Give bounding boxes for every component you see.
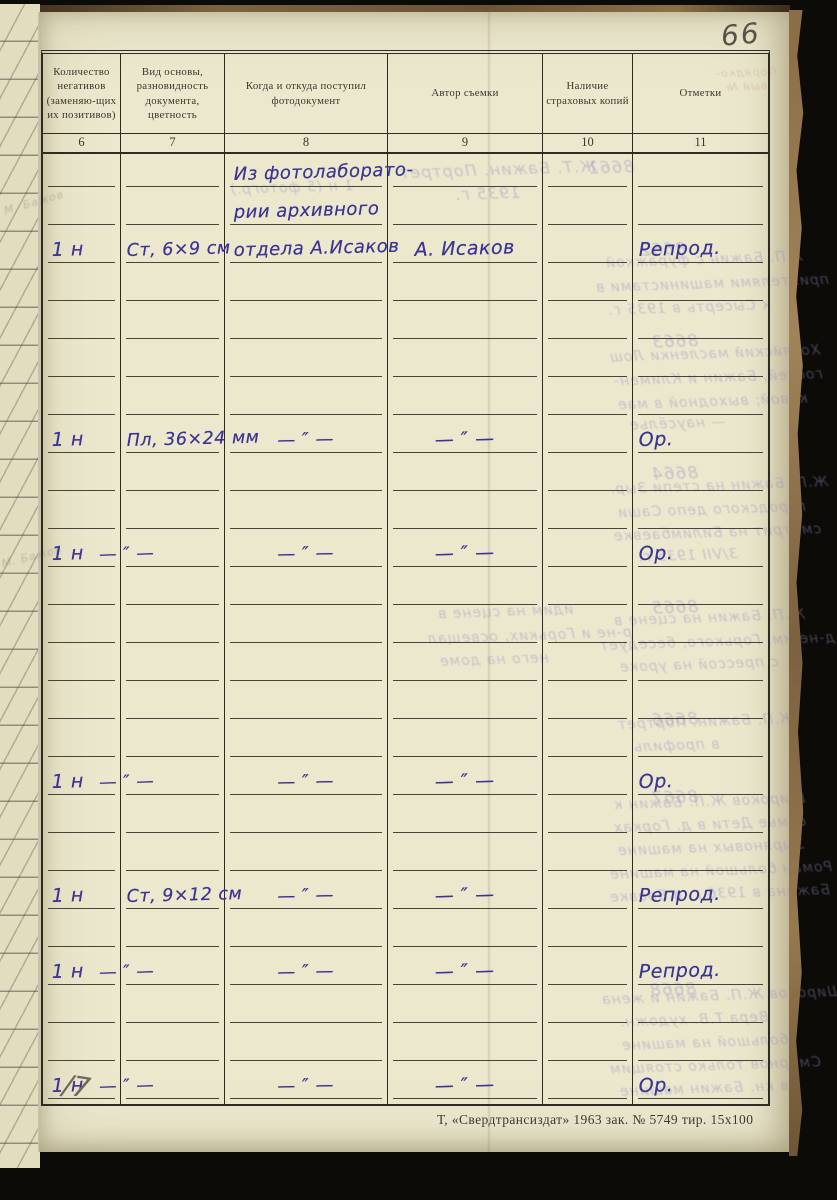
table-cell bbox=[543, 952, 633, 990]
handwritten-entry: Ор. bbox=[638, 428, 673, 451]
table-row: 1 н— ″ —— ″ —— ″ —Репрод. bbox=[43, 952, 768, 990]
pencil-mark: /7 bbox=[61, 1068, 93, 1105]
handwritten-entry: — ″ — bbox=[99, 772, 155, 793]
table-cell: Ст, 6×9 см bbox=[121, 230, 225, 268]
table-cell bbox=[43, 382, 121, 420]
table-cell bbox=[388, 838, 543, 876]
table-cell bbox=[388, 458, 543, 496]
handwritten-entry: Репрод. bbox=[638, 959, 720, 983]
table-cell bbox=[225, 838, 388, 876]
table-row bbox=[43, 572, 768, 610]
table-cell bbox=[121, 686, 225, 724]
handwritten-entry: А. Исаков bbox=[414, 236, 515, 261]
column-title: Вид основы, разновидность документа, цве… bbox=[121, 54, 224, 133]
handwritten-entry: Ст, 6×9 см bbox=[126, 238, 230, 261]
table-cell bbox=[43, 344, 121, 382]
table-cell: — ″ — bbox=[388, 876, 543, 914]
table-cell bbox=[543, 192, 633, 230]
table-row bbox=[43, 610, 768, 648]
table-cell: — ″ — bbox=[121, 534, 225, 572]
column-header-11: Отметки 11 bbox=[633, 54, 768, 152]
table-cell: — ″ — bbox=[388, 762, 543, 800]
table-cell bbox=[43, 192, 121, 230]
table-cell bbox=[43, 648, 121, 686]
handwritten-entry: 1 н bbox=[51, 428, 84, 451]
table-cell: Репрод. bbox=[633, 952, 768, 990]
column-title: Наличие страховых копий bbox=[543, 54, 632, 133]
table-cell bbox=[225, 572, 388, 610]
table-cell bbox=[43, 686, 121, 724]
table-row bbox=[43, 990, 768, 1028]
column-header-9: Автор съемки 9 bbox=[388, 54, 543, 152]
table-cell bbox=[543, 914, 633, 952]
table-cell bbox=[121, 344, 225, 382]
handwritten-entry: — ″ — bbox=[435, 959, 495, 983]
table-cell bbox=[388, 496, 543, 534]
column-title: Количество негативов (заменяю-щих их поз… bbox=[43, 54, 120, 133]
table-cell bbox=[121, 268, 225, 306]
table-cell: — ″ — bbox=[225, 762, 388, 800]
table-cell bbox=[633, 838, 768, 876]
table-cell bbox=[43, 990, 121, 1028]
table-cell bbox=[633, 268, 768, 306]
handwritten-entry: 1 н bbox=[51, 960, 84, 983]
table-cell bbox=[43, 800, 121, 838]
table-cell bbox=[388, 192, 543, 230]
table-cell bbox=[543, 990, 633, 1028]
table-cell bbox=[388, 724, 543, 762]
table-cell: 1 н bbox=[43, 230, 121, 268]
table-cell bbox=[225, 458, 388, 496]
table-cell bbox=[121, 192, 225, 230]
table-cell: — ″ — bbox=[225, 952, 388, 990]
table-cell bbox=[543, 876, 633, 914]
handwritten-entry: — ″ — bbox=[99, 962, 155, 983]
table-cell bbox=[543, 458, 633, 496]
table-cell bbox=[633, 990, 768, 1028]
table-cell bbox=[543, 306, 633, 344]
table-cell: Ор. bbox=[633, 534, 768, 572]
table-cell bbox=[633, 914, 768, 952]
table-cell bbox=[633, 648, 768, 686]
table-cell bbox=[43, 838, 121, 876]
table-cell bbox=[121, 458, 225, 496]
table-cell bbox=[388, 154, 543, 192]
handwritten-entry: 1 н bbox=[51, 542, 84, 565]
handwritten-entry: — ″ — bbox=[435, 769, 495, 793]
handwritten-entry: Ор. bbox=[638, 770, 673, 793]
table-cell bbox=[543, 230, 633, 268]
table-cell: Ст, 9×12 см bbox=[121, 876, 225, 914]
table-cell: отдела А.Исаков bbox=[225, 230, 388, 268]
table-row: 1 н— ″ —— ″ —— ″ —Ор. bbox=[43, 534, 768, 572]
table-cell bbox=[543, 268, 633, 306]
table-cell bbox=[543, 800, 633, 838]
table-cell bbox=[543, 1066, 633, 1104]
table-cell bbox=[43, 1028, 121, 1066]
table-cell bbox=[43, 914, 121, 952]
table-cell bbox=[633, 1028, 768, 1066]
handwritten-entry: Ор. bbox=[638, 1074, 673, 1097]
table-header-row: Количество негативов (заменяю-щих их поз… bbox=[41, 50, 770, 152]
table-row bbox=[43, 496, 768, 534]
table-cell bbox=[543, 154, 633, 192]
table-cell: рии архивного bbox=[225, 192, 388, 230]
column-number: 6 bbox=[43, 133, 120, 152]
handwritten-entry: Репрод. bbox=[638, 883, 720, 907]
handwritten-entry: — ″ — bbox=[277, 885, 334, 907]
photographed-archive-page: Ж.Т. Бажин. Портрет1935 г.86611 н (5 фот… bbox=[0, 0, 837, 1200]
table-cell bbox=[388, 1028, 543, 1066]
table-cell bbox=[388, 990, 543, 1028]
table-cell bbox=[388, 572, 543, 610]
table-row: 1 нСт, 9×12 см— ″ —— ″ —Репрод. bbox=[43, 876, 768, 914]
table-cell bbox=[543, 724, 633, 762]
table-cell: Из фотолаборато- bbox=[225, 154, 388, 192]
page-number: 66 bbox=[720, 16, 762, 52]
table-cell bbox=[121, 382, 225, 420]
table-cell: — ″ — bbox=[388, 1066, 543, 1104]
table-cell bbox=[225, 914, 388, 952]
table-cell: Репрод. bbox=[633, 876, 768, 914]
table-cell bbox=[121, 990, 225, 1028]
table-cell bbox=[225, 686, 388, 724]
table-row bbox=[43, 800, 768, 838]
handwritten-entry: — ″ — bbox=[435, 883, 495, 907]
handwritten-entry: — ″ — bbox=[277, 771, 334, 793]
handwritten-entry: рии архивного bbox=[233, 198, 379, 223]
table-row bbox=[43, 268, 768, 306]
table-row: рии архивного bbox=[43, 192, 768, 230]
table-cell bbox=[43, 496, 121, 534]
table-cell bbox=[225, 648, 388, 686]
column-number: 11 bbox=[633, 133, 768, 152]
table-cell bbox=[121, 572, 225, 610]
handwritten-entry: — ″ — bbox=[277, 1075, 334, 1097]
column-number: 8 bbox=[225, 133, 387, 152]
handwritten-entry: — ″ — bbox=[435, 427, 495, 451]
table-cell bbox=[121, 800, 225, 838]
table-cell bbox=[388, 306, 543, 344]
column-header-7: Вид основы, разновидность документа, цве… bbox=[121, 54, 225, 152]
table-row: 1 нПл, 36×24 мм— ″ —— ″ —Ор. bbox=[43, 420, 768, 458]
table-cell: — ″ — bbox=[121, 952, 225, 990]
table-cell bbox=[43, 268, 121, 306]
table-cell bbox=[43, 610, 121, 648]
table-cell bbox=[43, 458, 121, 496]
table-cell bbox=[633, 382, 768, 420]
table-row: 1 н— ″ —— ″ —— ″ —Ор. bbox=[43, 762, 768, 800]
table-cell bbox=[633, 344, 768, 382]
table-cell: 1 н bbox=[43, 420, 121, 458]
table-cell bbox=[121, 838, 225, 876]
table-cell: — ″ — bbox=[225, 534, 388, 572]
table-cell bbox=[121, 724, 225, 762]
table-cell bbox=[543, 344, 633, 382]
column-number: 7 bbox=[121, 133, 224, 152]
table-cell bbox=[121, 306, 225, 344]
table-cell bbox=[543, 534, 633, 572]
table-row bbox=[43, 648, 768, 686]
table-row: 1 н— ″ —— ″ —— ″ —Ор. bbox=[43, 1066, 768, 1104]
table-cell bbox=[43, 724, 121, 762]
table-cell bbox=[633, 800, 768, 838]
table-row bbox=[43, 382, 768, 420]
table-row bbox=[43, 724, 768, 762]
table-cell: — ″ — bbox=[388, 952, 543, 990]
table-cell bbox=[633, 610, 768, 648]
table-cell bbox=[543, 382, 633, 420]
column-header-6: Количество негативов (заменяю-щих их поз… bbox=[43, 54, 121, 152]
column-number: 10 bbox=[543, 133, 632, 152]
handwritten-entry: — ″ — bbox=[99, 1076, 155, 1097]
table-cell bbox=[633, 306, 768, 344]
table-cell: — ″ — bbox=[225, 1066, 388, 1104]
table-row bbox=[43, 306, 768, 344]
table-row bbox=[43, 914, 768, 952]
handwritten-entry: — ″ — bbox=[99, 544, 155, 565]
handwritten-entry: 1 н bbox=[51, 238, 84, 261]
table-cell bbox=[388, 914, 543, 952]
table-cell bbox=[225, 800, 388, 838]
handwritten-entry: Ор. bbox=[638, 542, 673, 565]
table-cell bbox=[388, 648, 543, 686]
table-row: Из фотолаборато- bbox=[43, 154, 768, 192]
printer-imprint: Т, «Свердтрансиздат» 1963 зак. № 5749 ти… bbox=[437, 1112, 753, 1128]
table-cell bbox=[543, 610, 633, 648]
handwritten-entry: 1 н bbox=[51, 770, 84, 793]
table-cell bbox=[633, 572, 768, 610]
table-cell bbox=[225, 1028, 388, 1066]
table-cell bbox=[225, 496, 388, 534]
table-cell bbox=[121, 496, 225, 534]
table-cell bbox=[121, 914, 225, 952]
table-cell: Ор. bbox=[633, 420, 768, 458]
underlying-page-edge bbox=[0, 4, 40, 1168]
table-cell: Ор. bbox=[633, 1066, 768, 1104]
table-cell bbox=[121, 610, 225, 648]
table-cell: — ″ — bbox=[121, 1066, 225, 1104]
table-cell bbox=[388, 382, 543, 420]
handwritten-entry: — ″ — bbox=[277, 429, 334, 451]
table-cell: А. Исаков bbox=[388, 230, 543, 268]
table-cell bbox=[43, 306, 121, 344]
table-cell bbox=[43, 572, 121, 610]
table-cell bbox=[121, 154, 225, 192]
torn-page-edge bbox=[789, 10, 804, 1156]
register-page: Ж.Т. Бажин. Портрет1935 г.86611 н (5 фот… bbox=[38, 12, 791, 1152]
table-cell bbox=[225, 990, 388, 1028]
column-title: Когда и откуда поступил фотодокумент bbox=[225, 54, 387, 133]
table-cell bbox=[543, 420, 633, 458]
table-row: 1 нСт, 6×9 смотдела А.ИсаковА. ИсаковРеп… bbox=[43, 230, 768, 268]
table-cell: — ″ — bbox=[388, 420, 543, 458]
handwritten-entry: Из фотолаборато- bbox=[233, 159, 413, 185]
handwritten-entry: — ″ — bbox=[435, 1073, 495, 1097]
table-cell bbox=[388, 610, 543, 648]
table-body: Из фотолаборато-рии архивного1 нСт, 6×9 … bbox=[41, 152, 770, 1106]
table-cell: Пл, 36×24 мм bbox=[121, 420, 225, 458]
table-cell bbox=[633, 724, 768, 762]
table-cell bbox=[225, 382, 388, 420]
table-cell bbox=[388, 268, 543, 306]
table-cell: Репрод. bbox=[633, 230, 768, 268]
handwritten-entry: отдела А.Исаков bbox=[233, 236, 399, 261]
table-cell: 1 н bbox=[43, 876, 121, 914]
table-cell bbox=[121, 1028, 225, 1066]
table-cell bbox=[225, 344, 388, 382]
table-cell bbox=[388, 800, 543, 838]
column-header-10: Наличие страховых копий 10 bbox=[543, 54, 633, 152]
handwritten-entry: Репрод. bbox=[638, 237, 720, 261]
table-cell: — ″ — bbox=[225, 876, 388, 914]
table-cell bbox=[388, 344, 543, 382]
table-cell bbox=[543, 838, 633, 876]
table-cell: — ″ — bbox=[225, 420, 388, 458]
table-cell bbox=[225, 724, 388, 762]
table-row bbox=[43, 838, 768, 876]
column-title: Автор съемки bbox=[388, 54, 542, 133]
column-number: 9 bbox=[388, 133, 542, 152]
handwritten-entry: — ″ — bbox=[277, 543, 334, 565]
table-cell bbox=[633, 154, 768, 192]
table-cell bbox=[225, 610, 388, 648]
column-header-8: Когда и откуда поступил фотодокумент 8 bbox=[225, 54, 388, 152]
table-cell bbox=[225, 268, 388, 306]
handwritten-entry: 1 н bbox=[51, 884, 84, 907]
table-cell bbox=[121, 648, 225, 686]
table-cell: Ор. bbox=[633, 762, 768, 800]
table-cell: — ″ — bbox=[121, 762, 225, 800]
table-cell bbox=[43, 154, 121, 192]
table-row bbox=[43, 1028, 768, 1066]
table-cell: — ″ — bbox=[388, 534, 543, 572]
handwritten-entry: — ″ — bbox=[277, 961, 334, 983]
table-cell bbox=[543, 686, 633, 724]
table-cell bbox=[543, 1028, 633, 1066]
table-row bbox=[43, 344, 768, 382]
table-cell bbox=[543, 762, 633, 800]
table-cell bbox=[633, 496, 768, 534]
column-title: Отметки bbox=[633, 54, 768, 133]
register-table: Количество негативов (заменяю-щих их поз… bbox=[41, 50, 770, 1106]
handwritten-entry: — ″ — bbox=[435, 541, 495, 565]
table-cell bbox=[543, 496, 633, 534]
table-cell bbox=[543, 648, 633, 686]
table-cell bbox=[225, 306, 388, 344]
table-row bbox=[43, 458, 768, 496]
table-cell bbox=[633, 686, 768, 724]
table-row bbox=[43, 686, 768, 724]
table-cell bbox=[633, 192, 768, 230]
table-cell bbox=[388, 686, 543, 724]
table-cell bbox=[543, 572, 633, 610]
table-cell bbox=[633, 458, 768, 496]
